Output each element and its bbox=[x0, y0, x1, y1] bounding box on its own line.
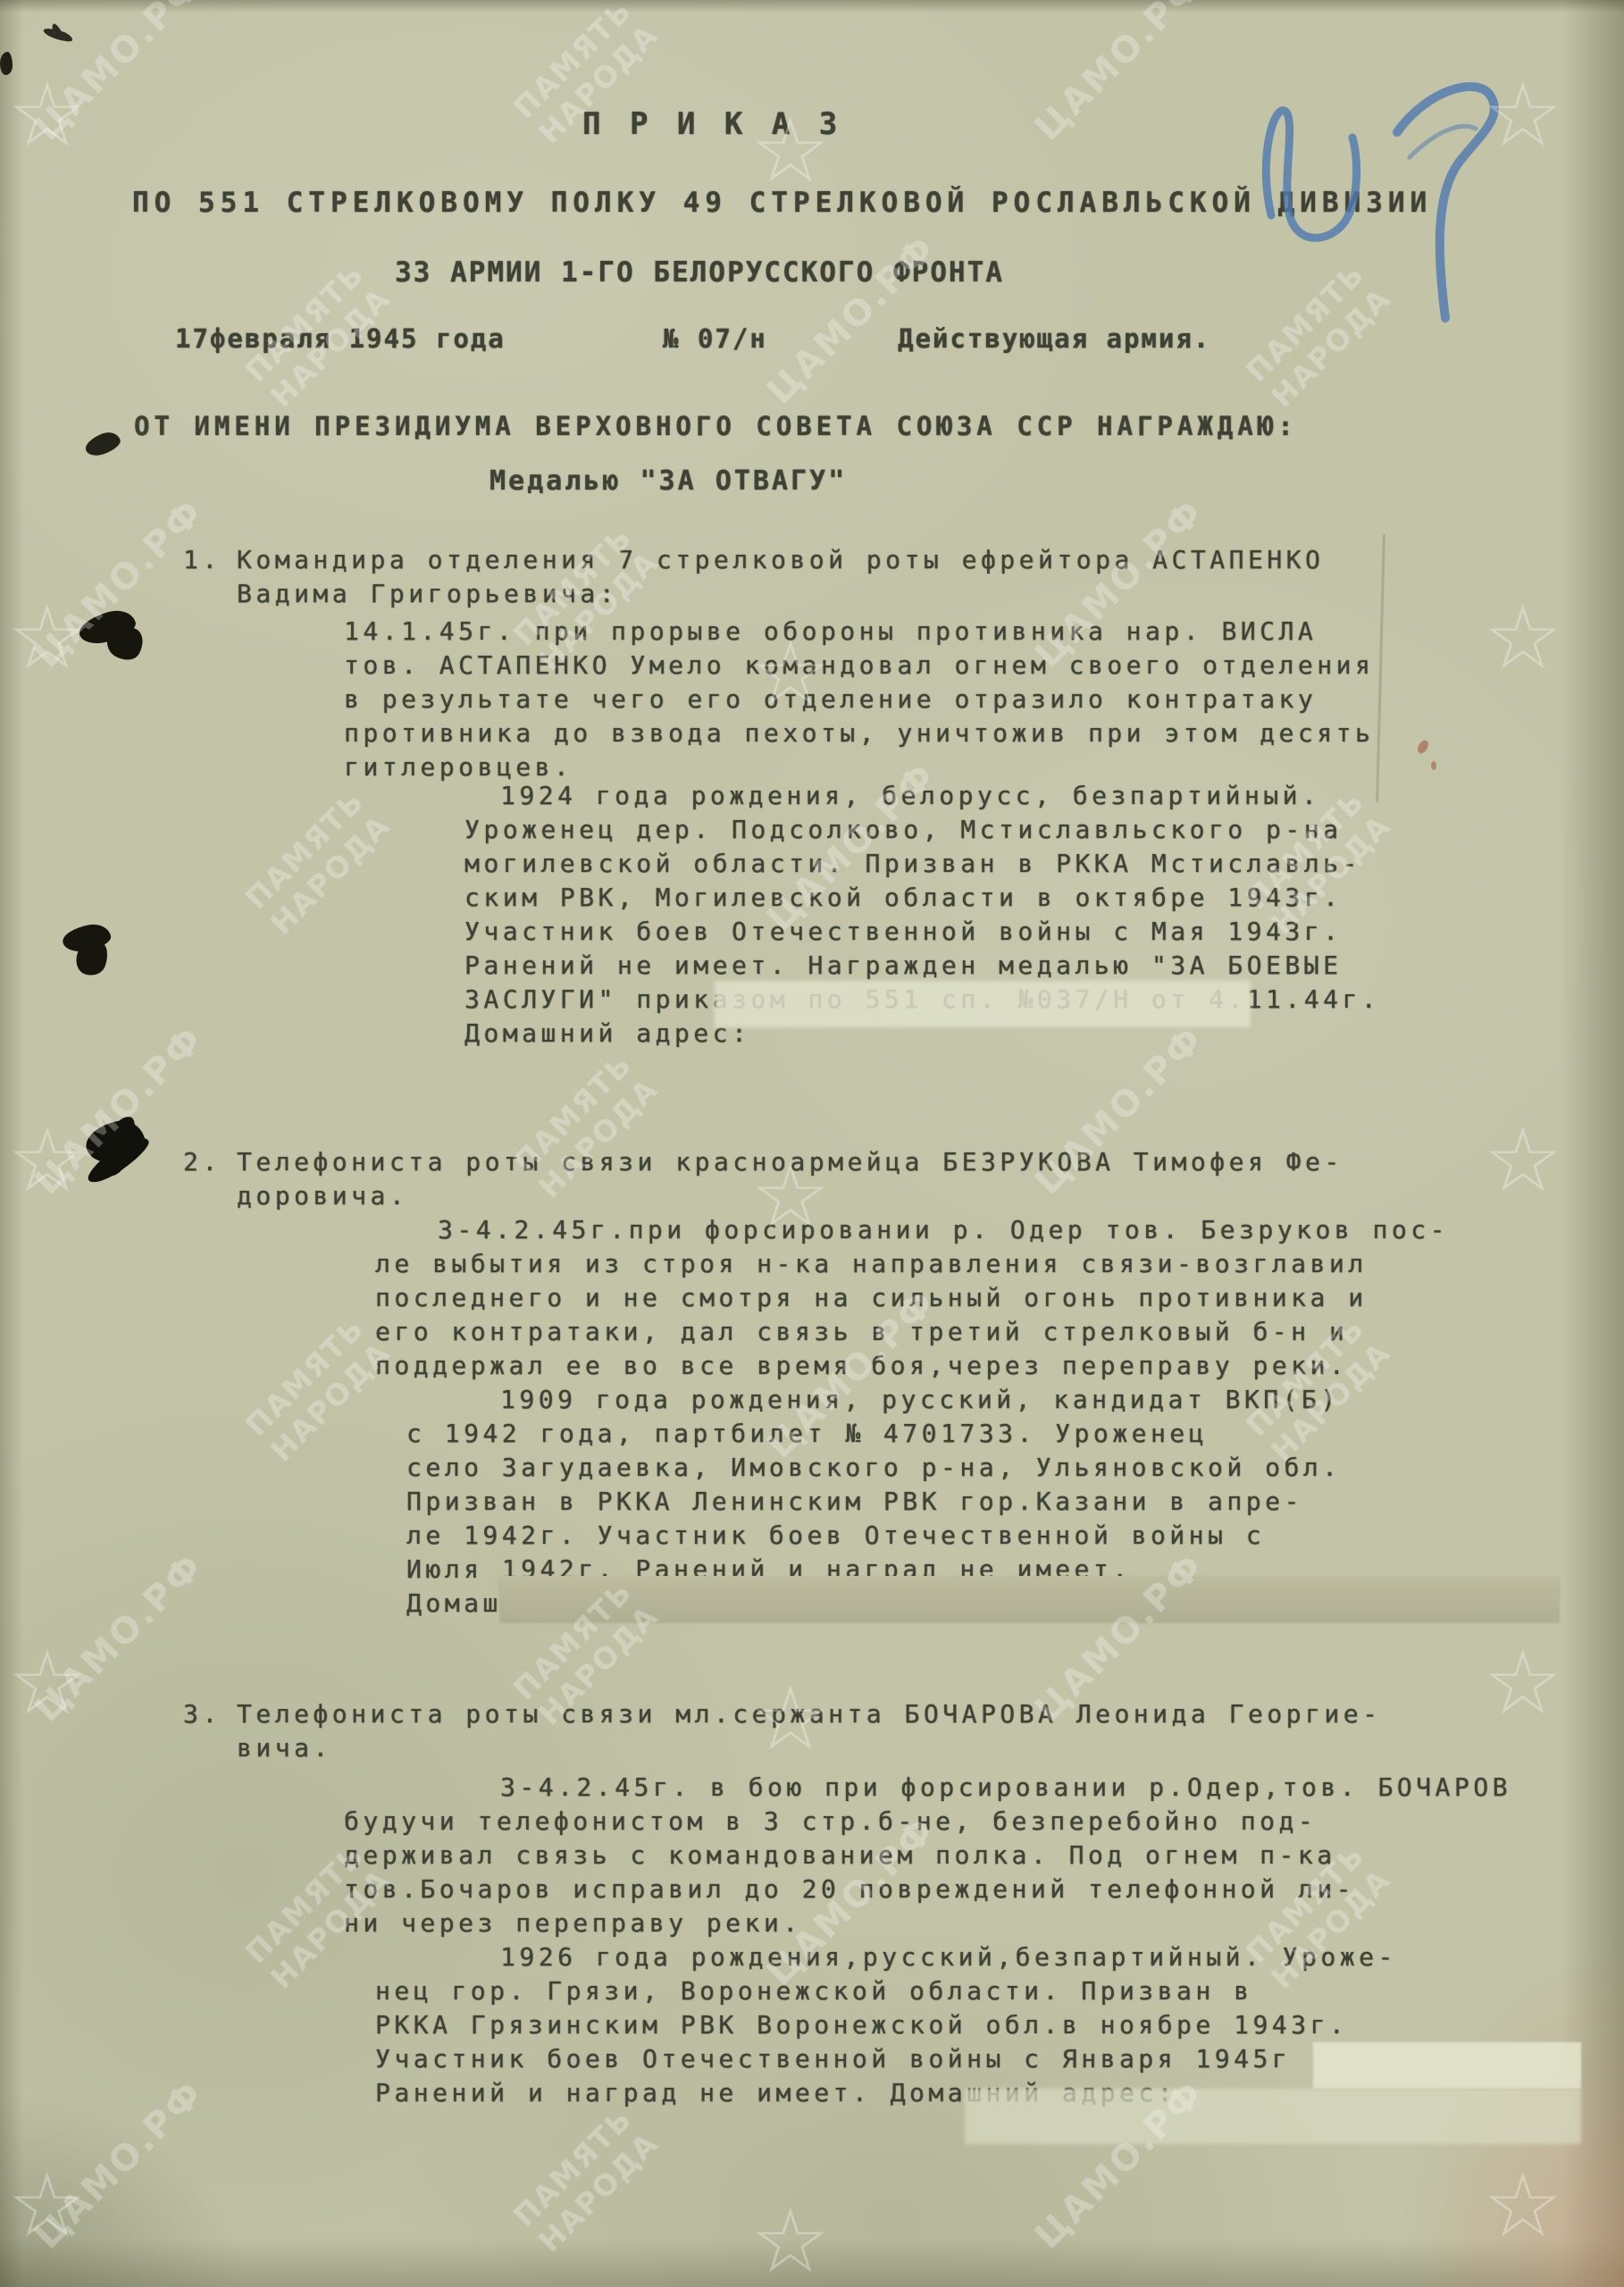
scan-edge-shadow-bottom bbox=[0, 2238, 1624, 2287]
star-watermark-icon: ☆ bbox=[750, 2189, 831, 2287]
watermark-text: ЦАМО.РФ bbox=[27, 0, 212, 149]
star-watermark-icon: ☆ bbox=[1483, 2153, 1563, 2258]
entry-3-citation: 3-4.2.45г. в бою при форсировании р.Одер… bbox=[344, 1771, 1511, 1940]
star-watermark-icon: ☆ bbox=[7, 2153, 88, 2258]
order-date: 17февраля 1945 года bbox=[175, 322, 506, 356]
star-watermark-icon: ☆ bbox=[1483, 585, 1563, 690]
entry-1-heading: Командира отделения 7 стрелковой роты еф… bbox=[237, 543, 1324, 611]
medal-line: Медалью "ЗА ОТВАГУ" bbox=[490, 465, 847, 498]
star-watermark-icon: ☆ bbox=[7, 585, 88, 690]
handwritten-blue-mark bbox=[1222, 50, 1579, 327]
army-status: Действующая армия. bbox=[898, 322, 1210, 356]
watermark-text: ПАМЯТЬ НАРОДА bbox=[239, 1310, 398, 1469]
entry-3-heading: Телефониста роты связи мл.сержанта БОЧАР… bbox=[237, 1697, 1381, 1765]
entry-1-citation: 14.1.45г. при прорыве обороны противника… bbox=[344, 615, 1374, 784]
star-watermark-icon: ☆ bbox=[7, 1108, 88, 1212]
star-watermark-icon: ☆ bbox=[7, 63, 88, 167]
order-number: № 07/н bbox=[663, 322, 767, 356]
scan-edge-shadow-left bbox=[0, 0, 23, 2287]
entry-3-number: 3. bbox=[183, 1697, 222, 1731]
margin-ink-mark bbox=[82, 429, 122, 459]
order-header-army: 33 АРМИИ 1-ГО БЕЛОРУССКОГО ФРОНТА bbox=[395, 256, 1004, 289]
star-watermark-icon: ☆ bbox=[7, 1630, 88, 1735]
order-title: П Р И К А З bbox=[582, 107, 842, 141]
scan-corner-shadow bbox=[0, 2090, 250, 2287]
scan-edge-shadow-right bbox=[1561, 0, 1624, 2287]
award-intro-line: ОТ ИМЕНИ ПРЕЗИДИУМА ВЕРХОВНОГО СОВЕТА СО… bbox=[134, 409, 1298, 443]
star-watermark-icon: ☆ bbox=[1483, 1108, 1563, 1212]
watermark-text: ПАМЯТЬ НАРОДА bbox=[506, 2100, 666, 2259]
entry-1-number: 1. bbox=[183, 543, 222, 577]
entry-3-bio: 1926 года рождения,русский,безпартийный.… bbox=[375, 1940, 1397, 2110]
watermark-text: ЦАМО.РФ bbox=[27, 2072, 212, 2257]
entry-2-number: 2. bbox=[183, 1145, 222, 1179]
entry-2-heading: Телефониста роты связи красноармейца БЕЗ… bbox=[237, 1145, 1344, 1213]
rust-speck bbox=[1416, 739, 1431, 756]
scan-edge-shadow-top bbox=[0, 0, 1624, 13]
paper-crease bbox=[1376, 534, 1385, 802]
redaction-entry-2-address bbox=[500, 1576, 1559, 1621]
star-watermark-icon: ☆ bbox=[1483, 1630, 1563, 1735]
redaction-entry-3-address-2 bbox=[965, 2089, 1581, 2144]
left-edge-tear bbox=[0, 52, 13, 75]
watermark-text: ПАМЯТЬ НАРОДА bbox=[239, 783, 398, 942]
redaction-entry-3-address bbox=[1313, 2042, 1581, 2089]
watermark-text: ЦАМО.РФ bbox=[1027, 0, 1212, 149]
document-page: П Р И К А З ПО 551 СТРЕЛКОВОМУ ПОЛКУ 49 … bbox=[0, 0, 1624, 2287]
entry-2-citation: 3-4.2.45г.при форсировании р. Одер тов. … bbox=[375, 1213, 1449, 1383]
rust-speck-2 bbox=[1431, 761, 1436, 770]
redaction-entry-1-address bbox=[715, 981, 1251, 1027]
